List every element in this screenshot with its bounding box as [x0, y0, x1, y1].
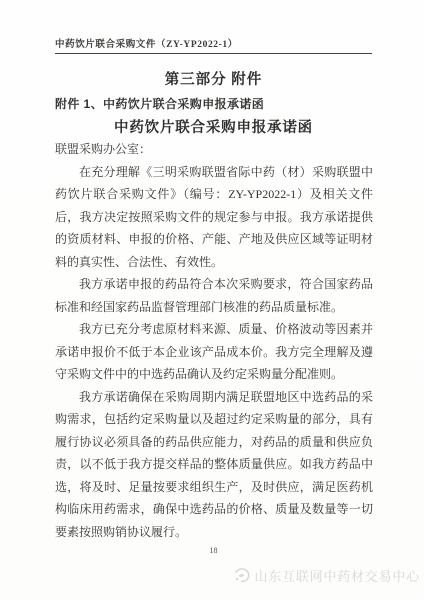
running-header: 中药饮片联合采购文件（ZY-YP2022-1） [55, 36, 372, 54]
paragraph: 在充分理解《三明采购联盟省际中药（材）采购联盟中药饮片联合采购文件》（编号：ZY… [55, 161, 373, 274]
section-title: 第三部分 附件 [55, 68, 372, 89]
page-number: 18 [55, 546, 372, 555]
watermark: 山东互联网中药材交易中心 [233, 566, 420, 585]
letter-title: 中药饮片联合采购申报承诺函 [55, 116, 372, 137]
watermark-logo-icon [233, 566, 252, 585]
paragraph: 我方承诺确保在采购周期内满足联盟地区中选药品的采购需求，包括约定采购量以及超过约… [55, 386, 373, 544]
paragraph: 我方已充分考虑原材料来源、质量、价格波动等因素并承诺申报价不低于本企业该产品成本… [55, 318, 373, 386]
salutation: 联盟采购办公室： [55, 138, 373, 161]
watermark-text: 山东互联网中药材交易中心 [254, 566, 420, 585]
paragraph: 我方承诺申报的药品符合本次采购要求，符合国家药品标准和经国家药品监督管理部门核准… [55, 273, 373, 318]
letter-body: 联盟采购办公室： 在充分理解《三明采购联盟省际中药（材）采购联盟中药饮片联合采购… [55, 138, 373, 543]
attachment-heading: 附件 1、中药饮片联合采购申报承诺函 [55, 95, 385, 112]
document-page: 中药饮片联合采购文件（ZY-YP2022-1） 第三部分 附件 附件 1、中药饮… [0, 0, 424, 600]
